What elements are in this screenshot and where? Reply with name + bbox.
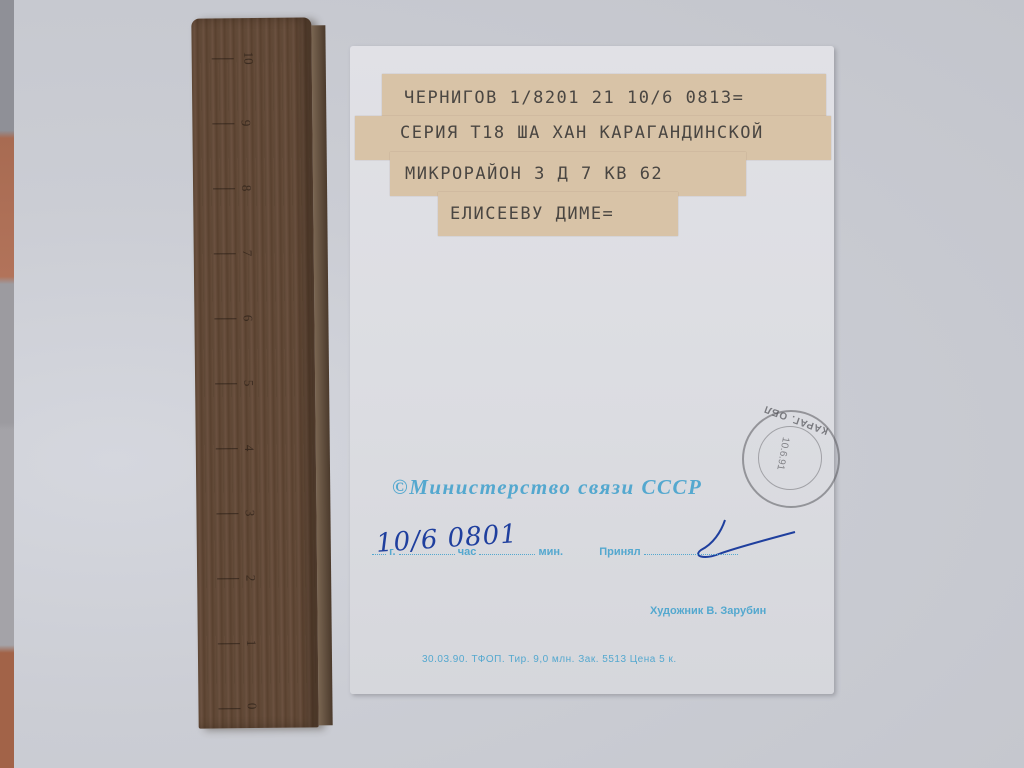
ruler-tick — [214, 318, 236, 319]
hour-label: час — [458, 546, 477, 558]
wooden-ruler: 10 9 8 7 6 5 4 3 2 1 0 — [191, 17, 318, 728]
reception-fields: г. час мин. Принял — [372, 546, 738, 558]
received-label: Принял — [599, 546, 640, 558]
ruler-number: 9 — [238, 120, 254, 127]
dotted-line — [479, 546, 535, 555]
ruler-number: 10 — [240, 51, 256, 64]
tape-strip-4: ЕЛИСЕЕВУ ДИМЕ= — [438, 192, 678, 236]
tape-strip-3: МИКРОРАЙОН 3 Д 7 КВ 62 — [390, 152, 746, 196]
tape-line-4: ЕЛИСЕЕВУ ДИМЕ= — [438, 192, 678, 224]
dotted-line — [372, 546, 386, 555]
ruler-tick — [216, 448, 238, 449]
tape-line-2: СЕРИЯ Т18 ША ХАН КАРАГАНДИНСКОЙ — [355, 116, 831, 143]
background-wall-edge — [0, 0, 14, 768]
day-label: г. — [389, 546, 396, 558]
ruler-number: 0 — [244, 703, 260, 710]
dotted-line — [644, 546, 738, 555]
artist-credit: Художник В. Зарубин — [650, 605, 766, 617]
ruler-tick — [212, 123, 234, 124]
postmark-inner-ring — [758, 426, 822, 490]
ruler-tick — [212, 58, 234, 59]
ruler-number: 3 — [242, 510, 258, 517]
postmark-stamp: КАРАГ. ОБЛ 10.6.91 — [742, 410, 840, 508]
tape-line-1: ЧЕРНИГОВ 1/8201 21 10/6 0813= — [382, 74, 826, 108]
ruler-tick — [217, 578, 239, 579]
ruler-number: 6 — [240, 315, 256, 322]
print-imprint: 30.03.90. ТФОП. Тир. 9,0 млн. Зак. 5513 … — [422, 654, 677, 665]
tape-line-3: МИКРОРАЙОН 3 Д 7 КВ 62 — [390, 152, 746, 184]
tape-strip-1: ЧЕРНИГОВ 1/8201 21 10/6 0813= — [382, 74, 826, 118]
ruler-number: 8 — [238, 185, 254, 192]
ruler-number: 4 — [241, 445, 257, 452]
min-label: мин. — [538, 546, 563, 558]
ruler-number: 1 — [243, 640, 259, 647]
telegram-card: ЧЕРНИГОВ 1/8201 21 10/6 0813= СЕРИЯ Т18 … — [350, 46, 834, 694]
dotted-line — [399, 546, 455, 555]
ruler-tick — [214, 253, 236, 254]
ruler-tick — [218, 643, 240, 644]
ruler-tick — [219, 708, 241, 709]
ruler-number: 5 — [240, 380, 256, 387]
publisher-line: ©Министерство связи СССР — [392, 475, 702, 500]
ruler-tick — [216, 513, 238, 514]
ruler-tick — [213, 188, 235, 189]
ruler-number: 2 — [242, 575, 258, 582]
ruler-tick — [215, 383, 237, 384]
ruler-number: 7 — [239, 250, 255, 257]
